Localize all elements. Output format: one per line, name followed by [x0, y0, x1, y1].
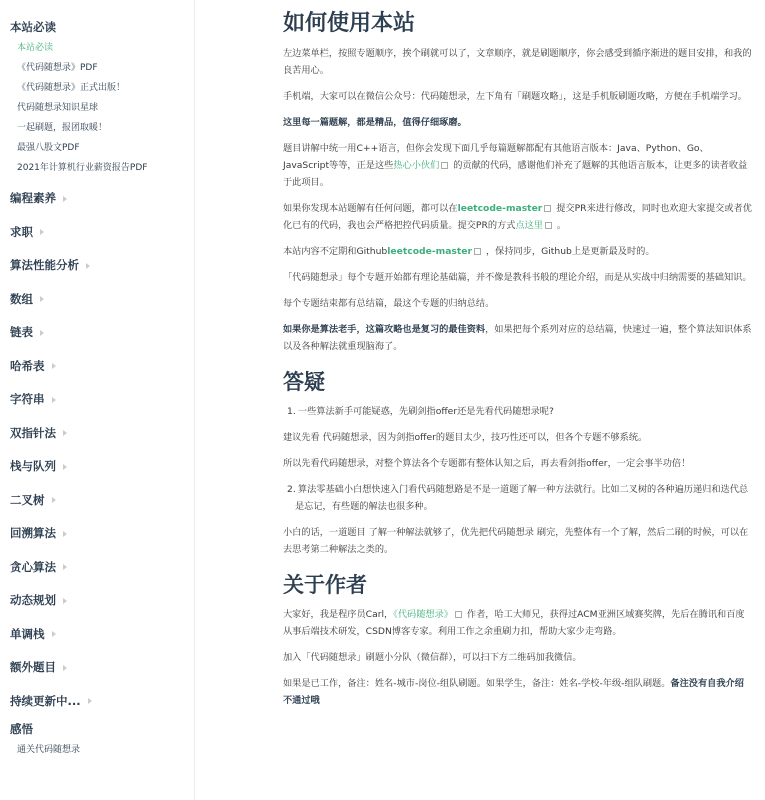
text: 如果你发现本站题解有任何问题，都可以在 [283, 203, 458, 214]
sidebar-group-title[interactable]: 数组 [0, 283, 194, 317]
sidebar-group-label: 算法性能分析 [10, 249, 79, 283]
sidebar-group-title[interactable]: 栈与队列 [0, 450, 194, 484]
expert-paragraph: 如果你是算法老手，这篇攻略也是复习的最佳资料，如果把每个系列对应的总结篇，快速过… [283, 321, 753, 355]
sidebar-group-label: 额外题目 [10, 651, 56, 685]
external-link-icon [545, 222, 552, 229]
text: 如果是已工作，备注：姓名-城市-岗位-组队刷题。如果学生，备注：姓名-学校-年级… [283, 678, 670, 689]
language-paragraph: 题目讲解中统一用C++语言，但你会发现下面几乎每篇题解都配有其他语言版本：Jav… [283, 140, 753, 191]
sidebar-sub-list: 通关代码随想录 [0, 740, 194, 760]
sidebar-sub-list: 本站必读《代码随想录》PDF《代码随想录》正式出版！代码随想录知识星球一起刷题，… [0, 38, 194, 178]
chevron-right-icon [86, 263, 90, 269]
author-intro-paragraph: 大家好，我是程序员Carl，《代码随想录》 作者，哈工大师兄，获得过ACM亚洲区… [283, 606, 753, 640]
mobile-paragraph: 手机端，大家可以在微信公众号：代码随想录，左下角有「刷题攻略」，这是手机版刷题攻… [283, 88, 753, 105]
note-paragraph: 如果是已工作，备注：姓名-城市-岗位-组队刷题。如果学生，备注：姓名-学校-年级… [283, 675, 753, 709]
sidebar-item[interactable]: 代码随想录知识星球 [0, 98, 194, 118]
sidebar-group: 感悟通关代码随想录 [0, 718, 194, 760]
sidebar-group-label: 二叉树 [10, 484, 45, 518]
chevron-right-icon [52, 497, 56, 503]
sidebar-group: 二叉树 [0, 484, 194, 518]
sidebar-item[interactable]: 本站必读 [0, 38, 194, 58]
sidebar-group-label: 编程素养 [10, 182, 56, 216]
sidebar-item[interactable]: 最强八股文PDF [0, 138, 194, 158]
sidebar-group-title[interactable]: 编程素养 [0, 182, 194, 216]
sidebar-group-title[interactable]: 感悟 [0, 718, 194, 740]
faq-answer-1a: 建议先看 代码随想录，因为剑指offer的题目太少，技巧性还可以，但各个专题不够… [283, 429, 753, 446]
sidebar-item[interactable]: 一起刷题，报团取暖！ [0, 118, 194, 138]
sidebar-group-title[interactable]: 回溯算法 [0, 517, 194, 551]
external-link-icon [441, 162, 448, 169]
chevron-right-icon [40, 296, 44, 302]
main-content: 如何使用本站 左边菜单栏，按照专题顺序，挨个刷就可以了，文章顺序，就是刷题顺序，… [283, 0, 753, 718]
chevron-right-icon [52, 363, 56, 369]
sidebar-group-title[interactable]: 二叉树 [0, 484, 194, 518]
chevron-right-icon [63, 598, 67, 604]
chevron-right-icon [63, 531, 67, 537]
sidebar-group: 链表 [0, 316, 194, 350]
chevron-right-icon [63, 464, 67, 470]
sidebar-group: 字符串 [0, 383, 194, 417]
faq-list-1: 1. 一些算法新手可能疑惑，先刷剑指offer还是先看代码随想录呢? [283, 403, 753, 420]
leetcode-master-link[interactable]: leetcode-master [458, 203, 543, 214]
sidebar-group-title[interactable]: 动态规划 [0, 584, 194, 618]
sidebar-group: 算法性能分析 [0, 249, 194, 283]
sidebar-group-label: 动态规划 [10, 584, 56, 618]
faq-question-1: 1. 一些算法新手可能疑惑，先刷剑指offer还是先看代码随想录呢? [283, 403, 753, 420]
sidebar-group-label: 字符串 [10, 383, 45, 417]
sidebar-item[interactable]: 通关代码随想录 [0, 740, 194, 760]
faq-answer-1b: 所以先看代码随想录，对整个算法各个专题都有整体认知之后，再去看剑指offer，一… [283, 455, 753, 472]
chevron-right-icon [88, 698, 92, 704]
sidebar-group-title[interactable]: 单调栈 [0, 618, 194, 652]
chevron-right-icon [40, 330, 44, 336]
summary-paragraph: 每个专题结束都有总结篇，最这个专题的归纳总结。 [283, 295, 753, 312]
sidebar-group-label: 哈希表 [10, 350, 45, 384]
sidebar-group: 单调栈 [0, 618, 194, 652]
sidebar-group: 哈希表 [0, 350, 194, 384]
pr-guide-link[interactable]: 点这里 [515, 220, 543, 231]
sidebar-group-label: 求职 [10, 216, 33, 250]
sidebar-group-label: 双指针法 [10, 417, 56, 451]
chevron-right-icon [40, 229, 44, 235]
author-heading: 关于作者 [283, 570, 753, 600]
sidebar-group-title[interactable]: 贪心算法 [0, 551, 194, 585]
chevron-right-icon [63, 564, 67, 570]
sidebar-group: 编程素养 [0, 182, 194, 216]
sidebar-group-label: 感悟 [10, 718, 33, 740]
sidebar-group: 回溯算法 [0, 517, 194, 551]
sidebar-group: 求职 [0, 216, 194, 250]
sidebar-group: 贪心算法 [0, 551, 194, 585]
github-leetcode-master-link[interactable]: leetcode-master [387, 246, 472, 257]
sidebar: 本站必读本站必读《代码随想录》PDF《代码随想录》正式出版！代码随想录知识星球一… [0, 0, 195, 800]
sidebar-group: 持续更新中... [0, 685, 194, 719]
sidebar-item[interactable]: 《代码随想录》正式出版！ [0, 78, 194, 98]
external-link-icon [474, 248, 481, 255]
sidebar-group-title[interactable]: 持续更新中... [0, 685, 194, 719]
text: 。 [554, 220, 566, 231]
sidebar-group-label: 链表 [10, 316, 33, 350]
chevron-right-icon [63, 430, 67, 436]
chevron-right-icon [63, 196, 67, 202]
sidebar-group-title[interactable]: 双指针法 [0, 417, 194, 451]
expert-strong: 如果你是算法老手，这篇攻略也是复习的最佳资料 [283, 324, 485, 335]
faq-list-2: 2. 算法零基础小白想快速入门看代码随想路是不是一道题了解一种方法就行。比如二叉… [283, 481, 753, 515]
sidebar-group-title[interactable]: 字符串 [0, 383, 194, 417]
pr-paragraph: 如果你发现本站题解有任何问题，都可以在leetcode-master 提交PR来… [283, 200, 753, 234]
sidebar-group-title[interactable]: 本站必读 [0, 16, 194, 38]
sidebar-item[interactable]: 2021年计算机行业薪资报告PDF [0, 158, 194, 178]
external-link-icon [455, 611, 462, 618]
sidebar-group-label: 持续更新中... [10, 685, 81, 719]
list-number: 1. [287, 403, 295, 420]
sidebar-group: 动态规划 [0, 584, 194, 618]
sidebar-group-title[interactable]: 哈希表 [0, 350, 194, 384]
sidebar-group-label: 栈与队列 [10, 450, 56, 484]
chevron-right-icon [63, 665, 67, 671]
theory-paragraph: 「代码随想录」每个专题开始都有理论基础篇，并不像是教科书般的理论介绍，而是从实战… [283, 269, 753, 286]
chevron-right-icon [52, 397, 56, 403]
sidebar-group: 栈与队列 [0, 450, 194, 484]
chevron-right-icon [52, 631, 56, 637]
sidebar-group-title[interactable]: 求职 [0, 216, 194, 250]
text: 本站内容不定期和Github [283, 246, 387, 257]
external-link-icon [544, 205, 551, 212]
sidebar-item[interactable]: 《代码随想录》PDF [0, 58, 194, 78]
text: 算法零基础小白想快速入门看代码随想路是不是一道题了解一种方法就行。比如二叉树的各… [295, 484, 748, 512]
page: 本站必读本站必读《代码随想录》PDF《代码随想录》正式出版！代码随想录知识星球一… [0, 0, 765, 800]
page-title: 如何使用本站 [283, 9, 753, 39]
sidebar-group-title[interactable]: 链表 [0, 316, 194, 350]
sidebar-group: 双指针法 [0, 417, 194, 451]
sidebar-group-title[interactable]: 算法性能分析 [0, 249, 194, 283]
text: ，保持同步，Github上是更新最及时的。 [483, 246, 654, 257]
quality-strong: 这里每一篇题解，都是精品，值得仔细琢磨。 [283, 117, 467, 128]
join-group-paragraph: 加入「代码随想录」刷题小分队（微信群），可以扫下方二维码加我微信。 [283, 649, 753, 666]
sidebar-group-label: 贪心算法 [10, 551, 56, 585]
faq-heading: 答疑 [283, 367, 753, 397]
quality-paragraph: 这里每一篇题解，都是精品，值得仔细琢磨。 [283, 114, 753, 131]
sidebar-group-label: 单调栈 [10, 618, 45, 652]
sidebar-group-title[interactable]: 额外题目 [0, 651, 194, 685]
contributors-link[interactable]: 热心小伙们 [393, 160, 439, 171]
sidebar-group: 本站必读本站必读《代码随想录》PDF《代码随想录》正式出版！代码随想录知识星球一… [0, 16, 194, 178]
sidebar-group: 额外题目 [0, 651, 194, 685]
text: 大家好，我是程序员Carl， [283, 609, 393, 620]
sidebar-group: 数组 [0, 283, 194, 317]
sidebar-group-label: 数组 [10, 283, 33, 317]
faq-answer-2: 小白的话，一道题目 了解一种解法就够了，优先把代码随想录 刷完，先整体有一个了解… [283, 524, 753, 558]
list-number: 2. [287, 481, 295, 498]
text: 一些算法新手可能疑惑，先刷剑指offer还是先看代码随想录呢? [298, 406, 554, 417]
faq-question-2: 2. 算法零基础小白想快速入门看代码随想路是不是一道题了解一种方法就行。比如二叉… [283, 481, 753, 515]
intro-paragraph: 左边菜单栏，按照专题顺序，挨个刷就可以了，文章顺序，就是刷题顺序，你会感受到循序… [283, 45, 753, 79]
book-link[interactable]: 《代码随想录》 [393, 609, 453, 620]
sidebar-group-label: 回溯算法 [10, 517, 56, 551]
sync-paragraph: 本站内容不定期和Githubleetcode-master ，保持同步，Gith… [283, 243, 753, 260]
sidebar-group-label: 本站必读 [10, 16, 56, 38]
